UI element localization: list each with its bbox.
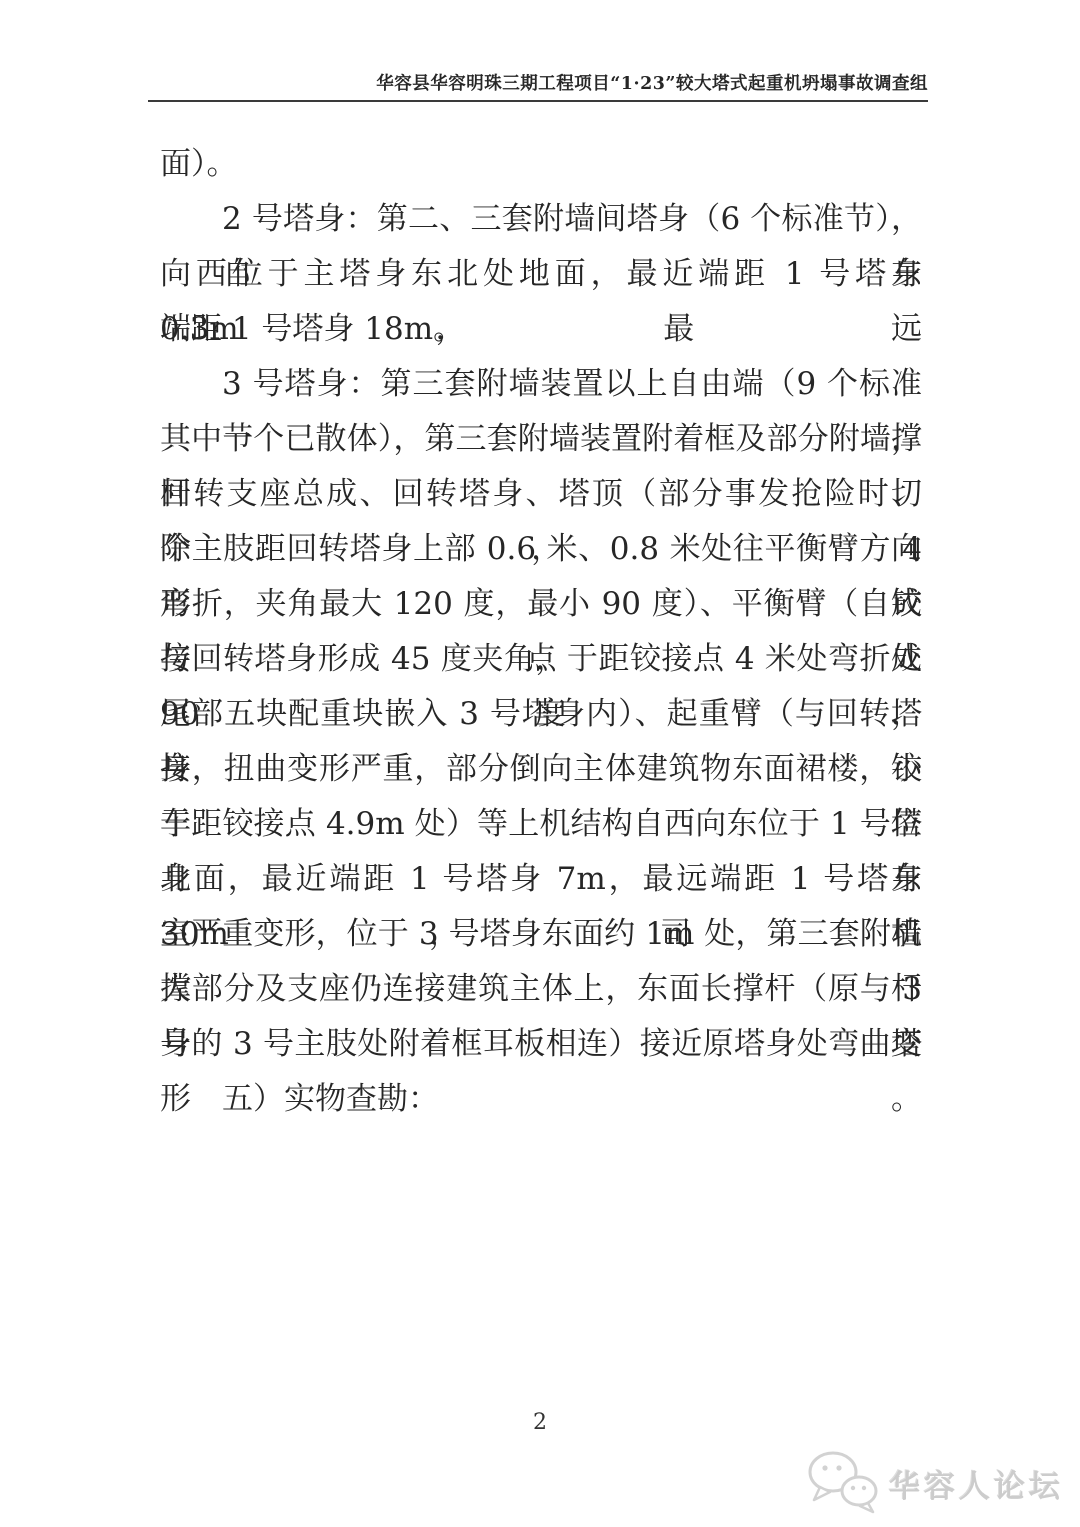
text-line: 身的 3 号主肢处附着框耳板相连）接近原塔身处弯曲变形。 — [160, 1017, 922, 1072]
document-page: 华容县华容明珠三期工程项目“1·23”较大塔式起重机坍塌事故调查组 面）。2 号… — [0, 0, 1080, 1527]
text-line: 尾部五块配重块嵌入 3 号塔身内）、起重臂（与回转塔身铰 — [160, 687, 922, 742]
page-header: 华容县华容明珠三期工程项目“1·23”较大塔式起重机坍塌事故调查组 — [148, 70, 928, 102]
text-line: 面）。 — [160, 137, 922, 192]
watermark: 华容人论坛 — [805, 1448, 1064, 1518]
text-line: 北面，最近端距 1 号塔身 7m，最远端距 1 号塔身 30m，司机 — [160, 852, 922, 907]
text-line: 接，扭曲变形严重，部分倒向主体建筑物东面裙楼，小车位 — [160, 742, 922, 797]
text-line: 弯折，夹角最大 120 度，最小 90 度）、平衡臂（自铰接点处 — [160, 577, 922, 632]
text-line: 于距铰接点 4.9m 处）等上机结构自西向东位于 1 号塔身东 — [160, 797, 922, 852]
header-title: 华容县华容明珠三期工程项目“1·23”较大塔式起重机坍塌事故调查组 — [376, 74, 928, 94]
text-line: 回转支座总成、回转塔身、塔顶（部分事发抢险时切除，4 — [160, 467, 922, 522]
wechat-bubbles-icon — [805, 1448, 881, 1518]
text-line: 向西位于主塔身东北处地面，最近端距 1 号塔身 0.3m，最远 — [160, 247, 922, 302]
text-line: 3 号塔身：第三套附墙装置以上自由端（9 个标准节， — [160, 357, 922, 412]
page-number: 2 — [0, 1410, 1080, 1435]
text-line: 与回转塔身形成 45 度夹角，于距铰接点 4 米处弯折成 90 度， — [160, 632, 922, 687]
watermark-text: 华容人论坛 — [889, 1461, 1064, 1506]
text-line: 大部分及支座仍连接建筑主体上，东面长撑杆（原与 3 号塔 — [160, 962, 922, 1017]
text-line: 个主肢距回转塔身上部 0.6 米、0.8 米处往平衡臂方向形成 — [160, 522, 922, 577]
document-body: 面）。2 号塔身：第二、三套附墙间塔身（6 个标准节），自东向西位于主塔身东北处… — [160, 137, 922, 1127]
text-line: 其中一个已散体），第三套附墙装置附着框及部分附墙撑杆、 — [160, 412, 922, 467]
text-line: 室严重变形，位于 3 号塔身东面约 1m 处，第三套附墙撑杆 — [160, 907, 922, 962]
text-line: 2 号塔身：第二、三套附墙间塔身（6 个标准节），自东 — [160, 192, 922, 247]
